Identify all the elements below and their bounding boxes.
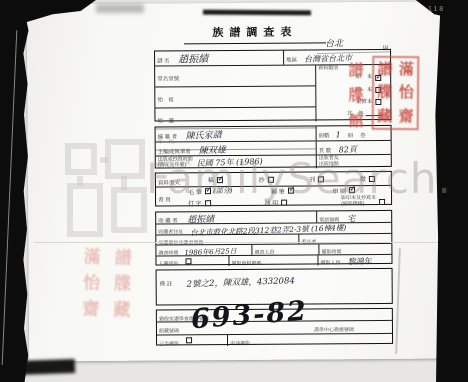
genealogy-name-label: 譜 名 <box>157 58 170 64</box>
checkbox-handcopy <box>268 176 274 182</box>
microfilm-frame-number: 118 <box>428 6 445 13</box>
notes-value: 2號之2，陳双雄，4332084 <box>186 274 295 290</box>
photographer-value: 黎鴻年 <box>348 256 372 268</box>
editor-label: 主編或執筆者 <box>158 149 191 155</box>
brush-note-handwritten: (部分) <box>213 186 233 197</box>
pubdate-value: 民國 75年 (1986) <box>197 156 263 169</box>
table-collector: 收 藏 者 趙振績 電話號碼 宅 收藏者住址 台北市敦化北路2段312巷2弄2-… <box>155 210 392 266</box>
scanner-edge-right <box>434 0 468 382</box>
checkbox-photocopy <box>379 198 385 204</box>
table-basic-info: 譜 名 趙振績 地區 台灣省台北市 堂名堂號 始 祖 始 遷 年 代 歷代行次字… <box>154 49 391 122</box>
collector-value: 趙振績 <box>187 211 214 225</box>
photographer-label: 攝影人員 <box>320 260 340 266</box>
checkbox-pen <box>288 188 294 194</box>
pages-label: 頁 數 <box>319 148 332 154</box>
checkbox-entry <box>186 258 192 264</box>
scanned-genealogy-survey-form: 族譜調查表 台北 區 譜 名 趙振績 地區 台灣省台北市 堂名堂號 始 祖 <box>0 0 468 382</box>
form-content: 族譜調查表 台北 區 譜 名 趙振績 地區 台灣省台北市 堂名堂號 始 祖 <box>0 0 468 382</box>
other-label: 其 他 <box>347 111 364 117</box>
type-option-label: 微 <box>360 174 366 183</box>
blank-line <box>365 111 381 116</box>
publisher-label2: 出版地點 <box>319 161 389 167</box>
category-column: 資料類別 原 本 抄 本 重修本 其 他 <box>315 65 390 122</box>
writing-option-label: 印 刷 <box>332 186 346 195</box>
type-label: 資料型式 <box>158 180 180 186</box>
category-option: 抄 本 <box>318 84 388 97</box>
writing-options: 毛 筆(部分) 鋼 筆 印 刷 打 字 油 印 影印本及抄寫本 (縮影微捲) <box>182 184 391 209</box>
pubdate-label2: (西元及年號) <box>158 163 193 169</box>
checkbox-brush <box>205 188 211 194</box>
table-publication: 編 纂 者 陳氏家譜 冊數 1 冊 卷 主編或執筆者 陳双雄 頁 數 <box>155 125 392 169</box>
writing-option-label: 油 印 <box>265 198 279 207</box>
checkbox-print <box>349 187 355 193</box>
form-title: 族譜調查表 <box>184 23 326 44</box>
option-label: 抄 本 <box>356 87 373 93</box>
writing-label-cell: 書 寫 <box>156 187 182 207</box>
notes-label: 備 註 <box>160 281 173 287</box>
checkbox-mimeo <box>281 199 287 205</box>
category-option: 原 本 <box>318 71 388 84</box>
genealogy-name-value: 趙振績 <box>178 50 208 66</box>
checkbox-printed <box>318 176 324 182</box>
publisher-cell: 出版者及 出版地點 <box>317 155 391 169</box>
request-label: 申請攝影 <box>230 340 250 346</box>
editor-value: 陳双雄 <box>199 142 226 156</box>
row-label: 始 祖 <box>157 97 174 103</box>
table-row: 譜 名 趙振績 地區 台灣省台北市 <box>155 50 390 66</box>
checkbox-revised <box>375 99 381 105</box>
writing-option-label: 毛 筆 <box>188 187 202 196</box>
pages-value: 82頁 <box>339 143 358 155</box>
option-label: 原 本 <box>356 74 373 80</box>
checkbox-original <box>375 75 381 81</box>
writing-option-label: 鋼 筆 <box>271 186 285 195</box>
area-value: 台灣省台北市 <box>304 53 352 66</box>
category-option: 重修本 <box>318 96 388 109</box>
checkbox-copy <box>375 87 381 93</box>
request-cell: 申請攝影 <box>228 329 392 350</box>
writing-label: 書 寫 <box>158 197 171 203</box>
basic-body: 堂名堂號 始 祖 始 遷 年 代 歷代行次字派 資料類別 原 本 抄 本 <box>155 64 390 123</box>
notes-cell: 備 註 2號之2，陳双雄，4332084 <box>157 269 392 293</box>
table-row: 主編或執筆者 陳双雄 頁 數 82頁 <box>156 140 391 156</box>
table-format: 資料型式 稿 抄 刊 微 書 寫 毛 筆(部分) 鋼 筆 印 刷 <box>155 171 392 207</box>
option-label: 重修本 <box>356 99 373 105</box>
entry-label: 入藏情形 <box>158 261 178 267</box>
checkbox-typed <box>205 200 211 206</box>
volumes-value: 1 <box>336 130 341 139</box>
area-label: 地區 <box>286 58 297 64</box>
writing-option-label: 打 字 <box>188 198 202 207</box>
checkbox-filmed <box>186 338 192 344</box>
type-option-label: 刊 <box>309 174 315 183</box>
photo-id-label: 攝影資料號碼 <box>231 261 261 267</box>
table-row: 出版或抄寫時間 (西元及年號) 民國 75年 (1986) 出版者及 出版地點 <box>156 154 391 170</box>
row-label: 堂名堂號 <box>157 76 179 82</box>
checkbox-microfilm <box>369 176 375 182</box>
filmed-label: 已否攝影 <box>159 341 179 347</box>
survey-time-value: 1986年6月25日 <box>185 246 237 258</box>
basic-left-rows: 堂名堂號 始 祖 始 遷 年 代 歷代行次字派 <box>155 65 315 122</box>
pubdate-cell: 出版或抄寫時間 (西元及年號) 民國 75年 (1986) <box>156 155 316 169</box>
phone-value: 宅 <box>347 213 355 224</box>
category-other: 其 他 <box>318 108 388 121</box>
type-option-label: 抄 <box>259 175 265 184</box>
type-options: 稿 抄 刊 微 <box>200 174 391 184</box>
compiler-value: 陳氏家譜 <box>185 128 221 142</box>
checkbox-manuscript <box>217 177 223 183</box>
type-option-label: 稿 <box>208 175 214 184</box>
table-row: 書 寫 毛 筆(部分) 鋼 筆 印 刷 打 字 油 印 影印本及抄寫本 (縮影微… <box>156 185 391 208</box>
